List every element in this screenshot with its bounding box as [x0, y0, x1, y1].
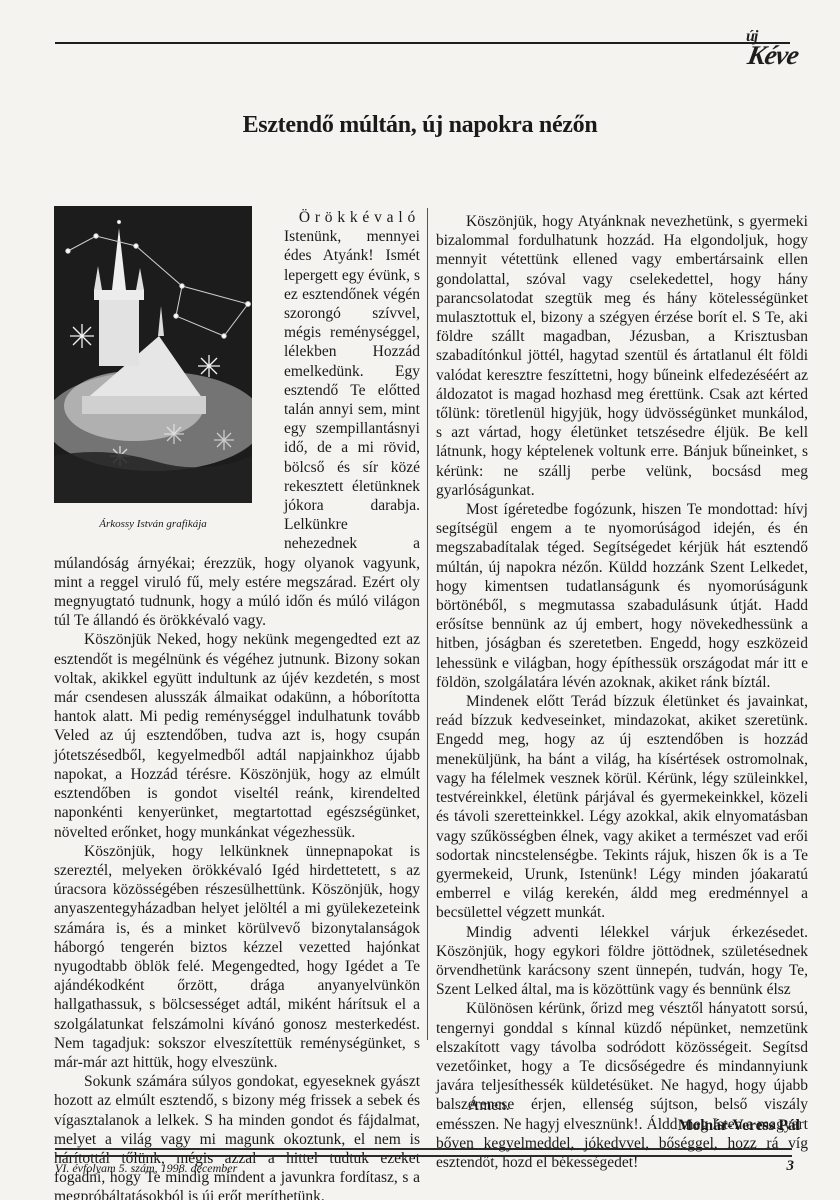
header-rule [55, 42, 790, 44]
right-column: Köszönjük, hogy Atyánknak nevezhetünk, s… [436, 212, 808, 1172]
paragraph: Köszönjük, hogy lelkünknek ünnepnapokat … [54, 842, 420, 1072]
paragraph: Köszönjük Neked, hogy nekünk megengedted… [54, 630, 420, 841]
paragraph: Sokunk számára súlyos gondokat, egyesekn… [54, 1072, 420, 1200]
page-number: 3 [787, 1158, 795, 1175]
article-title: Esztendő múltán, új napokra nézőn [0, 112, 840, 139]
paragraph: Különösen kérünk, őrizd meg vésztől hány… [436, 999, 808, 1172]
footer-rule [55, 1148, 792, 1157]
paragraph: Most ígéretedbe fogózunk, hiszen Te mond… [436, 500, 808, 692]
paragraph: Köszönjük, hogy Atyánknak nevezhetünk, s… [436, 212, 808, 500]
paragraph: Mindig adventi lélekkel várjuk érkezésed… [436, 923, 808, 1000]
issue-info: VI. évfolyam 5. szám, 1998. december [55, 1161, 237, 1176]
column-divider [427, 208, 428, 1040]
closing-amen: Ámen. [468, 1097, 510, 1115]
paragraph: Mindenek előtt Terád bízzuk életünket és… [436, 692, 808, 922]
author-signature: Molnár-Veress Pál [678, 1117, 800, 1135]
church-constellation-art [54, 206, 252, 503]
logo-main-text: Kéve [745, 40, 800, 71]
left-column: Árkossy István grafikája Örökkévaló Iste… [54, 208, 420, 1200]
article-figure: Árkossy István grafikája [54, 208, 262, 534]
church-illustration [54, 206, 252, 503]
figure-caption: Árkossy István grafikája [54, 515, 252, 534]
